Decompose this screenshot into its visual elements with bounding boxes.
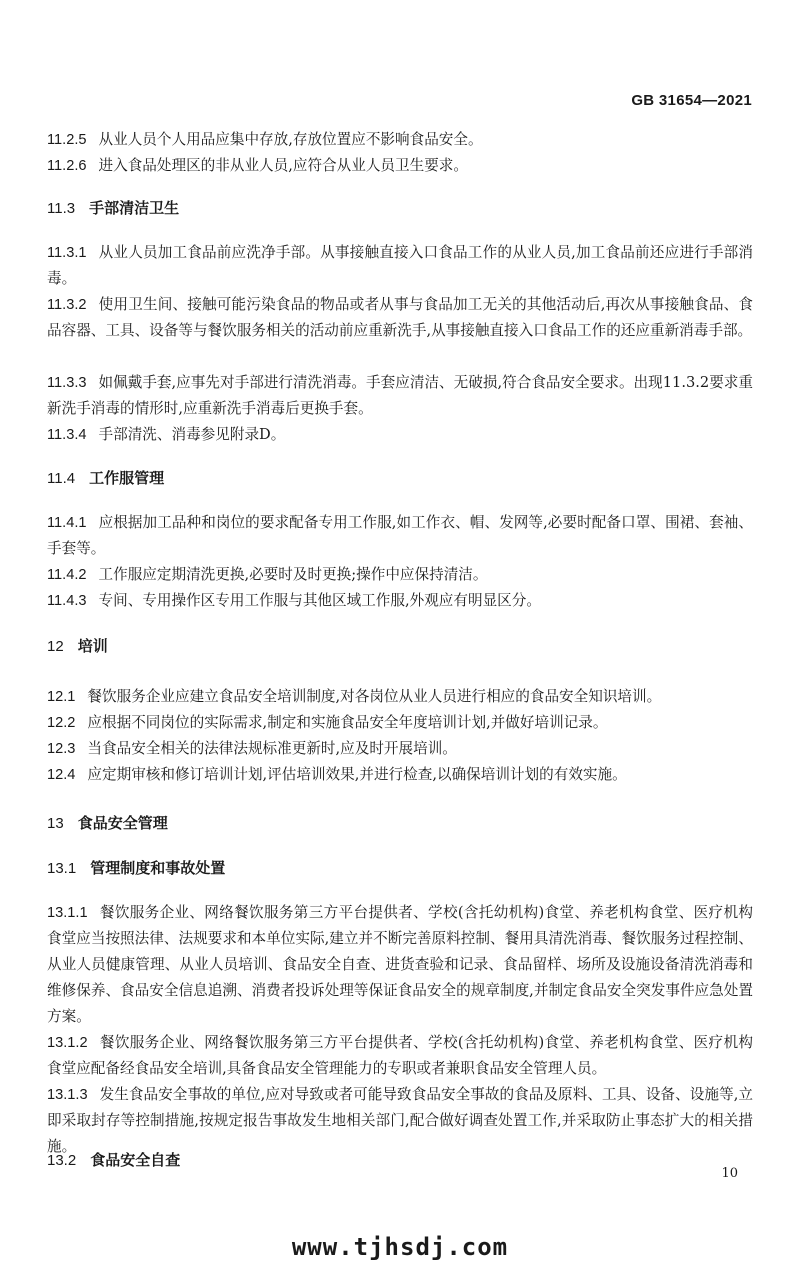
heading-13: 13食品安全管理 [47, 811, 753, 837]
clause-12-3: 12.3当食品安全相关的法律法规标准更新时,应及时开展培训。 [47, 736, 753, 762]
clause-11-3-1: 11.3.1从业人员加工食品前应洗净手部。从事接触直接入口食品工作的从业人员,加… [47, 240, 753, 292]
clause-11-3-3: 11.3.3如佩戴手套,应事先对手部进行清洗消毒。手套应清洁、无破损,符合食品安… [47, 370, 753, 422]
clause-12-2: 12.2应根据不同岗位的实际需求,制定和实施食品安全年度培训计划,并做好培训记录… [47, 710, 753, 736]
clause-11-3-2: 11.3.2使用卫生间、接触可能污染食品的物品或者从事与食品加工无关的其他活动后… [47, 292, 753, 344]
heading-13-1: 13.1管理制度和事故处置 [47, 856, 753, 882]
clause-11-3-4: 11.3.4手部清洗、消毒参见附录D。 [47, 422, 753, 448]
standard-code: GB 31654—2021 [631, 92, 752, 109]
clause-11-2-6: 11.2.6进入食品处理区的非从业人员,应符合从业人员卫生要求。 [47, 153, 753, 179]
clause-13-1-2: 13.1.2餐饮服务企业、网络餐饮服务第三方平台提供者、学校(含托幼机构)食堂、… [47, 1030, 753, 1082]
clause-11-4-1: 11.4.1应根据加工品种和岗位的要求配备专用工作服,如工作衣、帽、发网等,必要… [47, 510, 753, 562]
clause-11-4-2: 11.4.2工作服应定期清洗更换,必要时及时更换;操作中应保持清洁。 [47, 562, 753, 588]
clause-11-2-5: 11.2.5从业人员个人用品应集中存放,存放位置应不影响食品安全。 [47, 127, 753, 153]
clause-12-1: 12.1餐饮服务企业应建立食品安全培训制度,对各岗位从业人员进行相应的食品安全知… [47, 684, 753, 710]
heading-11-3: 11.3手部清洁卫生 [47, 196, 753, 222]
heading-11-4: 11.4工作服管理 [47, 466, 753, 492]
clause-12-4: 12.4应定期审核和修订培训计划,评估培训效果,并进行检查,以确保培训计划的有效… [47, 762, 753, 788]
clause-11-4-3: 11.4.3专间、专用操作区专用工作服与其他区域工作服,外观应有明显区分。 [47, 588, 753, 614]
watermark-url: www.tjhsdj.com [0, 1233, 800, 1261]
heading-12: 12培训 [47, 634, 753, 660]
heading-13-2: 13.2食品安全自查 [47, 1148, 753, 1174]
clause-13-1-1: 13.1.1餐饮服务企业、网络餐饮服务第三方平台提供者、学校(含托幼机构)食堂、… [47, 900, 753, 1030]
